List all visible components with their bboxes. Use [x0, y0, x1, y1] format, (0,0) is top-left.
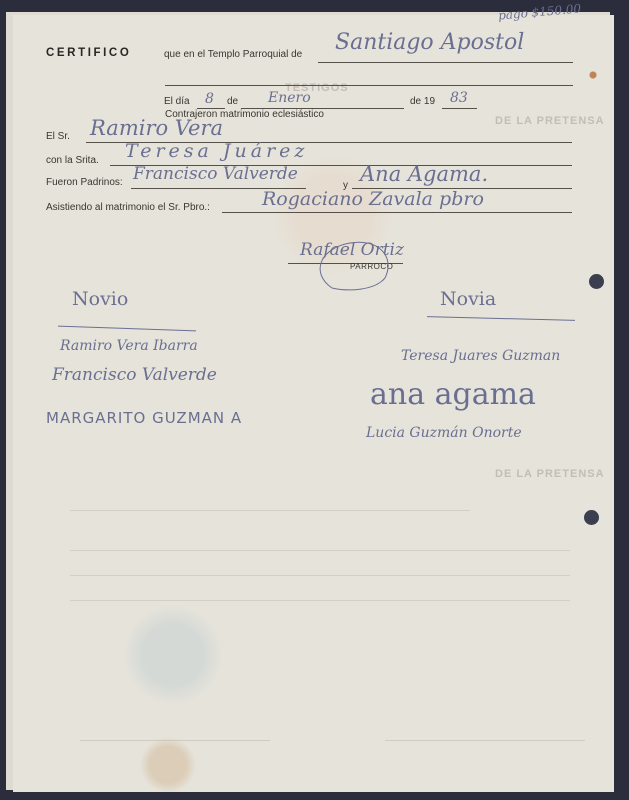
novio-heading: Novio: [72, 288, 128, 310]
priest-label: Asistiendo al matrimonio el Sr. Pbro.:: [46, 202, 210, 213]
ghost-rule: [70, 575, 570, 576]
templo-line-2: [165, 85, 573, 86]
hole-punch-top: [589, 274, 604, 289]
ghost-rule: [70, 600, 570, 601]
certificate-title: CERTIFICO: [46, 47, 131, 59]
year-value: 83: [450, 90, 468, 106]
dia-label: El día: [164, 96, 190, 107]
madrina-value: Ana Agama.: [360, 162, 488, 186]
novia-name: ana agama: [370, 377, 536, 412]
templo-value: Santiago Apostol: [335, 30, 524, 55]
templo-label: que en el Templo Parroquial de: [164, 49, 302, 60]
ghost-rule: [70, 510, 470, 511]
novia-name: Lucia Guzmán Onorte: [366, 425, 522, 441]
year-label: de 19: [410, 96, 435, 107]
novio-name: Francisco Valverde: [52, 365, 217, 385]
novia-name: Teresa Juares Guzman: [401, 348, 560, 364]
groom-label: El Sr.: [46, 131, 70, 142]
bride-label: con la Srita.: [46, 155, 99, 166]
groom-value: Ramiro Vera: [90, 116, 223, 140]
de-label: de: [227, 96, 238, 107]
padrino-value: Francisco Valverde: [133, 164, 298, 184]
ghost-rule: [385, 740, 585, 741]
year-line: [442, 108, 477, 109]
novia-heading: Novia: [440, 288, 496, 310]
novio-name: Ramiro Vera Ibarra: [60, 338, 198, 354]
ghost-rule: [80, 740, 270, 741]
hole-punch-bottom: [584, 510, 599, 525]
dia-value: 8: [205, 91, 214, 107]
priest-line: [222, 212, 572, 213]
novio-name: MARGARITO GUZMAN A: [46, 409, 242, 427]
priest-value: Rogaciano Zavala pbro: [262, 188, 484, 210]
mes-value: Enero: [268, 90, 311, 106]
templo-line: [318, 62, 573, 63]
padrinos-label: Fueron Padrinos:: [46, 177, 123, 188]
bride-value: Teresa Juárez: [125, 140, 308, 162]
ghost-heading: DE LA PRETENSA: [495, 115, 605, 127]
signature-flourish: [300, 218, 420, 293]
ghost-heading: DE LA PRETENSA: [495, 468, 605, 480]
ghost-rule: [70, 550, 570, 551]
